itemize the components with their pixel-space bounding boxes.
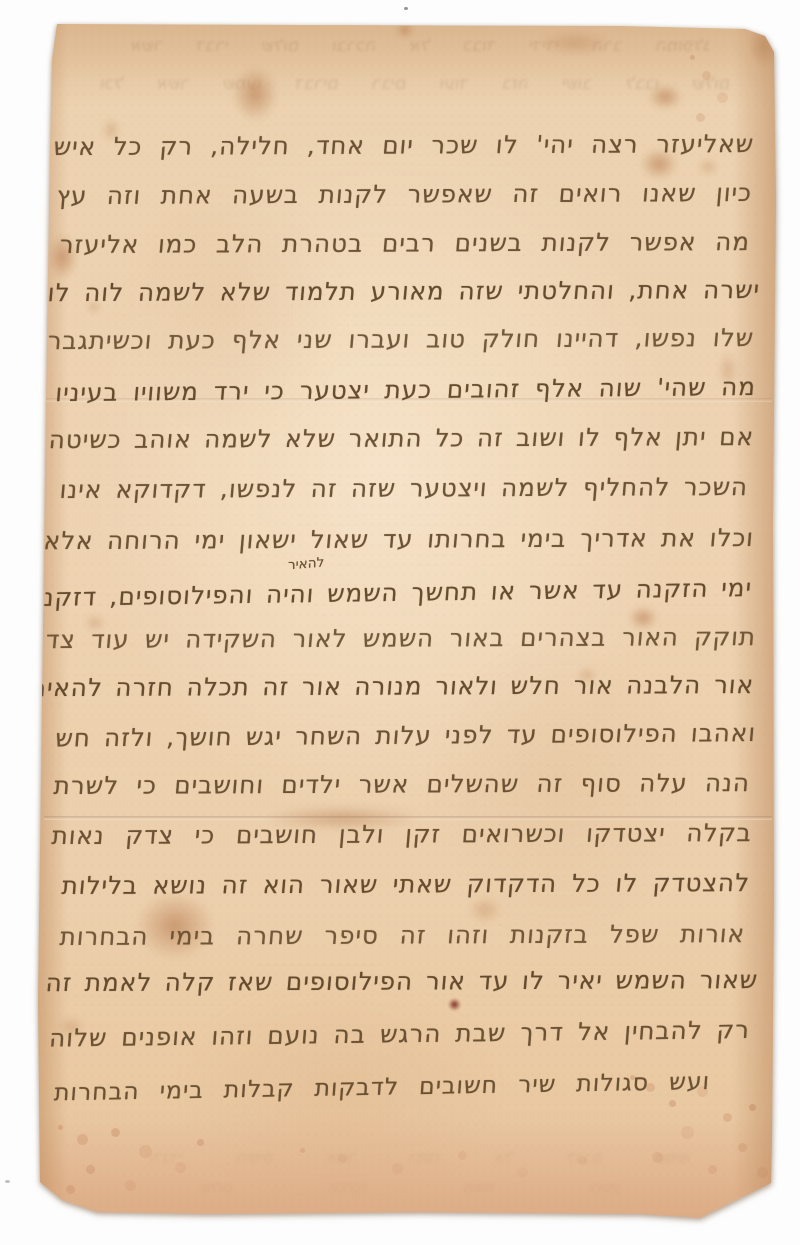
handwritten-line: שלו נפשו, דהיינו חולק טוב ועברו שני אלף … [47,326,755,354]
handwritten-line: מה אפשר לקנות בשנים רבים בטהרת הלב כמו א… [59,230,751,258]
ink-spot [448,998,461,1011]
handwritten-line: אורות שפל בזקנות וזהו זה סיפר שחרה בימי … [59,922,746,949]
handwritten-line: ואהבו הפילוסופים עד לפני עלות השחר יגש ח… [55,721,757,751]
handwritten-line: שאור השמש יאיר לו עד אור הפילוסופים שאז … [45,968,759,996]
bleed-through-line: שלום וברכה מאת נאמן [199,1178,621,1196]
manuscript-page: אשר דברי שלום וברכה אל כבוד ידידי הרב המ… [0,0,800,1245]
handwritten-line: אור הלבנה אור חלש ולאור מנורה אור זה תכל… [45,673,755,701]
handwritten-line: וכלו את אדריך בימי בחרותו עד שאול ישאון … [43,526,755,554]
handwritten-line: שאליעזר רצה יהי' לו שכר יום אחד, חלילה, … [53,132,755,160]
stain-freckles [690,55,695,60]
interlinear-insertion: להאיר [288,554,325,573]
stain [648,84,682,110]
handwritten-line: מה שהי' שוה אלף זהובים כעת יצטער כי ירד … [55,375,757,406]
handwritten-line: תוקק האור בצהרים באור השמש לאור השקידה י… [45,625,757,653]
handwritten-line: להצטדק לו כל הדקדוק שאתי שאור הוא זה נוש… [61,871,751,899]
stain [232,66,278,122]
stain [698,158,718,176]
bleed-through-line: אשר דברי שלום וברכה אל כבוד ידידי הרב המ… [129,36,711,56]
handwritten-line: כיון שאנו רואים זה שאפשר לקנות בשעה אחת … [56,181,753,209]
stain-freckles [300,1148,305,1153]
bleed-through-line: ודברי הימים אשר כתבו אל לבבם שמעו [149,1148,691,1166]
handwritten-line: השכר להחליף לשמה ויצטער שזה זה לנפשו, דק… [59,475,749,503]
stain [396,22,414,38]
stain-freckles [58,1125,63,1130]
bleed-through-line: וכל אשר שמעו דברים רבים ועוד בזה ישוב לב… [99,74,731,94]
handwritten-line: ישרה אחת, והחלטתי שזה מאורע תלמוד שלא לש… [47,278,761,306]
handwritten-line: אם יתן אלף לו ושוב זה כל התואר שלא לשמה … [53,425,755,453]
handwritten-line: בקלה יצטדקו וכשרואים זקן ולבן חושבים כי … [51,821,753,849]
handwritten-line: הנה עלה סוף זה שהשלים אשר ילדים וחושבים … [53,771,751,799]
paper-sheet: אשר דברי שלום וברכה אל כבוד ידידי הרב המ… [0,0,800,1245]
scanner-background: אשר דברי שלום וברכה אל כבוד ידידי הרב המ… [0,0,800,1245]
stain [540,30,610,56]
